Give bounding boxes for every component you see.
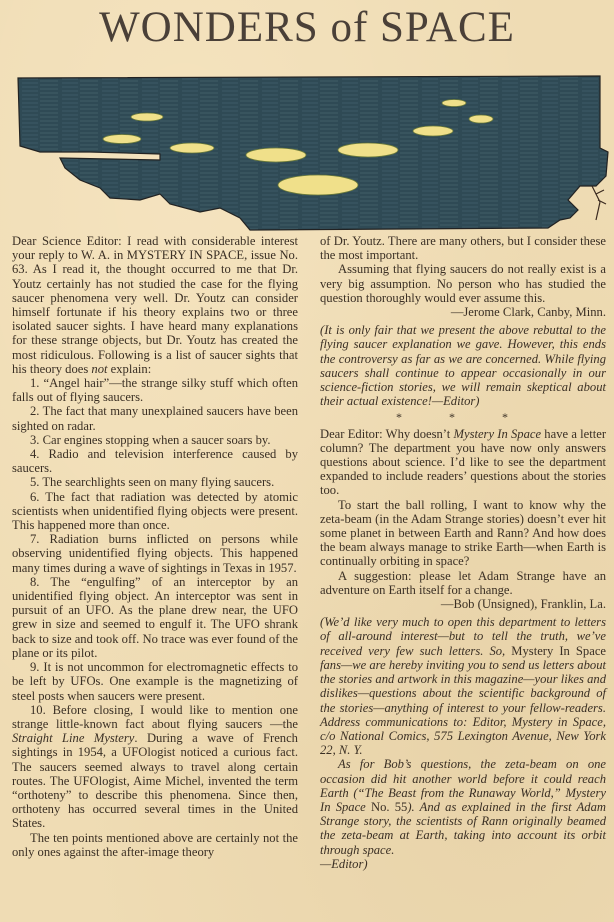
section-separator: * * * [320, 410, 606, 424]
page-title: WONDERS of SPACE [0, 4, 614, 52]
signature-jerome-clark: —Jerome Clark, Canby, Minn. [320, 305, 606, 319]
night-sky [18, 76, 608, 230]
letter1-intro: Dear Science Editor: I read with conside… [12, 234, 298, 376]
letter1-closing: The ten points mentioned above are certa… [12, 831, 298, 859]
letters-columns: Dear Science Editor: I read with conside… [12, 234, 606, 871]
editor-reply-1: (It is only fair that we present the abo… [320, 323, 606, 408]
tree-branch-icon [592, 186, 606, 220]
signature-bob: —Bob (Unsigned), Franklin, La. [320, 597, 606, 611]
list-item: 6. The fact that radiation was detected … [12, 490, 298, 533]
letter2-para2: To start the ball rolling, I want to kno… [320, 498, 606, 569]
list-item: 7. Radiation burns inflicted on persons … [12, 532, 298, 575]
letter2-intro: Dear Editor: Why doesn’t Mystery In Spac… [320, 427, 606, 498]
editor-reply-3: As for Bob’s questions, the zeta-beam on… [320, 757, 606, 871]
flying-saucers-illustration [0, 68, 614, 243]
editor-reply-2: (We’d like very much to open this depart… [320, 615, 606, 757]
list-item: 8. The “engulfing” of an interceptor by … [12, 575, 298, 660]
left-column: Dear Science Editor: I read with conside… [12, 234, 298, 871]
letter1-continuation: of Dr. Youtz. There are many others, but… [320, 234, 606, 262]
list-item: 1. “Angel hair”—the strange silky stuff … [12, 376, 298, 404]
right-column: of Dr. Youtz. There are many others, but… [320, 234, 606, 871]
letter1-para2: Assuming that flying saucers do not real… [320, 262, 606, 305]
letter2-para3: A suggestion: please let Adam Strange ha… [320, 569, 606, 597]
list-item: 10. Before closing, I would like to ment… [12, 703, 298, 831]
list-item: 2. The fact that many unexplained saucer… [12, 404, 298, 432]
list-item: 5. The searchlights seen on many flying … [12, 475, 298, 489]
list-item: 4. Radio and television interference cau… [12, 447, 298, 475]
list-item: 3. Car engines stopping when a saucer so… [12, 433, 298, 447]
list-item: 9. It is not uncommon for electromagneti… [12, 660, 298, 703]
